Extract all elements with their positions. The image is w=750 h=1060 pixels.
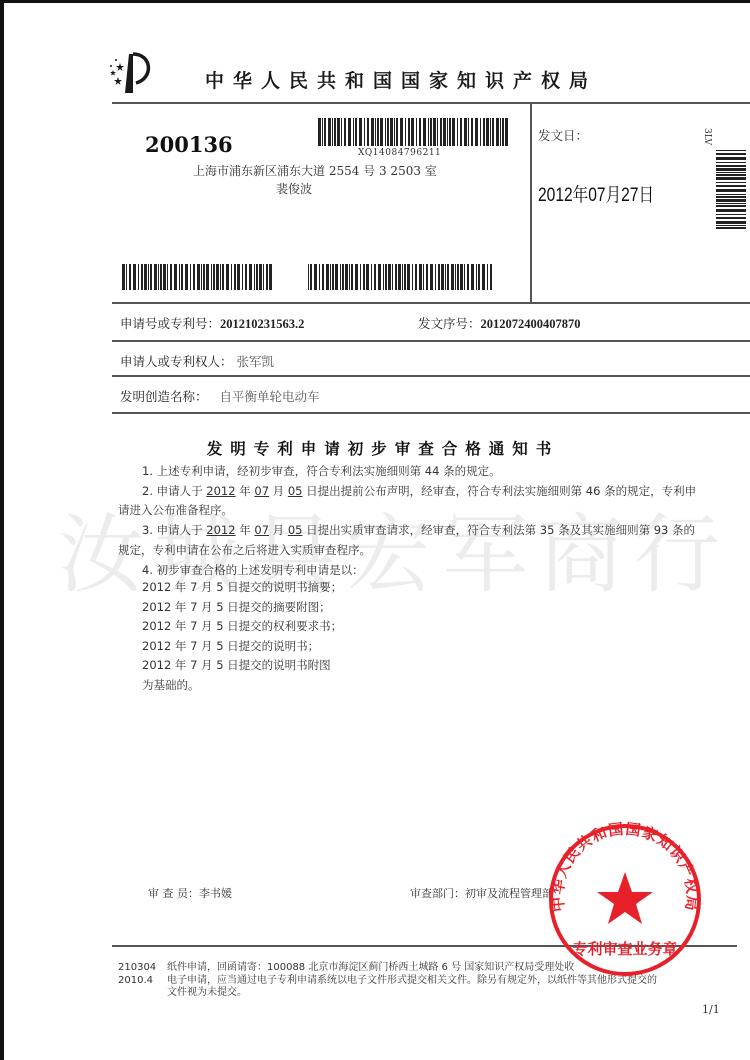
scan-border-top <box>0 0 750 3</box>
footer-line-3: 文件视为未提交。 <box>167 987 657 1000</box>
application-number-row: 申请号或专利号：201210231563.2 <box>120 314 304 332</box>
department: 审查部门：初审及流程管理部 <box>410 885 553 901</box>
scan-border-left <box>0 0 4 1060</box>
invention-name: 自平衡单轮电动车 <box>220 389 320 404</box>
svg-text:专利审查业务章: 专利审查业务章 <box>572 940 677 958</box>
page-number: 1/1 <box>702 1003 720 1016</box>
document-barcode-right <box>308 264 494 290</box>
side-barcode <box>716 150 746 230</box>
application-number-label: 申请号或专利号： <box>120 316 220 331</box>
agency-title: 中华人民共和国国家知识产权局 <box>205 66 597 93</box>
form-code: 210304 2010.4 <box>118 962 156 987</box>
document-item: 2012 年 7 月 5 日提交的摘要附图； <box>142 598 342 618</box>
official-seal-icon: 中华人民共和国国家知识产权局 专利审查业务章 <box>545 820 705 980</box>
cnipa-logo-icon <box>100 50 160 96</box>
header-divider <box>112 102 750 104</box>
notice-paragraph-2: 2. 申请人于 2012 年 07 月 05 日提出提前公布声明，经审查，符合专… <box>118 482 698 521</box>
document-item: 2012 年 7 月 5 日提交的说明书摘要； <box>142 578 342 598</box>
applicant-name: 张军凯 <box>237 354 275 369</box>
examiner-name: 李书媛 <box>199 887 232 900</box>
document-barcode-left <box>122 264 273 290</box>
issue-date-label: 发文日： <box>538 126 588 144</box>
recipient-address: 上海市浦东新区浦东大道 2554 号 3 2503 室 <box>193 162 437 179</box>
document-item: 2012 年 7 月 5 日提交的权利要求书； <box>142 617 342 637</box>
serial-number-row: 发文序号：2012072400407870 <box>418 314 581 332</box>
address-column-divider <box>530 102 532 303</box>
serial-number-label: 发文序号： <box>418 316 481 331</box>
applicant-row: 申请人或专利权人： 张军凯 <box>120 352 274 370</box>
notice-paragraph-1: 1. 上述专利申请，经初步审查，符合专利法实施细则第 44 条的规定。 <box>118 462 698 482</box>
department-label: 审查部门： <box>410 887 465 900</box>
postcode: 200136 <box>145 132 233 157</box>
document-list: 2012 年 7 月 5 日提交的说明书摘要； 2012 年 7 月 5 日提交… <box>142 578 342 695</box>
serial-number: 2012072400407870 <box>481 317 581 331</box>
mail-barcode <box>318 118 509 146</box>
recipient-name: 裴俊波 <box>276 180 312 197</box>
invention-row: 发明创造名称： 自平衡单轮电动车 <box>120 387 320 405</box>
barcode-caption: XQ14084796211 <box>358 148 441 158</box>
examiner: 审 查 员：李书媛 <box>148 885 232 901</box>
row-divider <box>112 375 750 377</box>
application-number: 201210231563.2 <box>220 317 304 331</box>
notice-paragraph-3: 3. 申请人于 2012 年 07 月 05 日提出实质审查请求，经审查，符合专… <box>118 521 698 560</box>
row-divider <box>112 340 750 342</box>
notice-body: 1. 上述专利申请，经初步审查，符合专利法实施细则第 44 条的规定。 2. 申… <box>118 462 698 580</box>
row-divider <box>112 302 750 304</box>
closing-text: 为基础的。 <box>142 676 342 696</box>
document-item: 2012 年 7 月 5 日提交的说明书附图 <box>142 656 342 676</box>
document-item: 2012 年 7 月 5 日提交的说明书； <box>142 637 342 657</box>
side-code: 3LV <box>702 128 712 145</box>
issue-date: 2012年07月27日 <box>538 180 654 207</box>
row-divider <box>112 412 750 414</box>
department-name: 初审及流程管理部 <box>465 887 553 900</box>
applicant-label: 申请人或专利权人： <box>120 354 233 369</box>
examiner-label: 审 查 员： <box>148 887 199 900</box>
notice-title: 发明专利申请初步审查合格通知书 <box>0 437 750 459</box>
form-code-date: 2010.4 <box>118 975 156 988</box>
invention-label: 发明创造名称： <box>120 389 208 404</box>
form-code-number: 210304 <box>118 962 156 975</box>
